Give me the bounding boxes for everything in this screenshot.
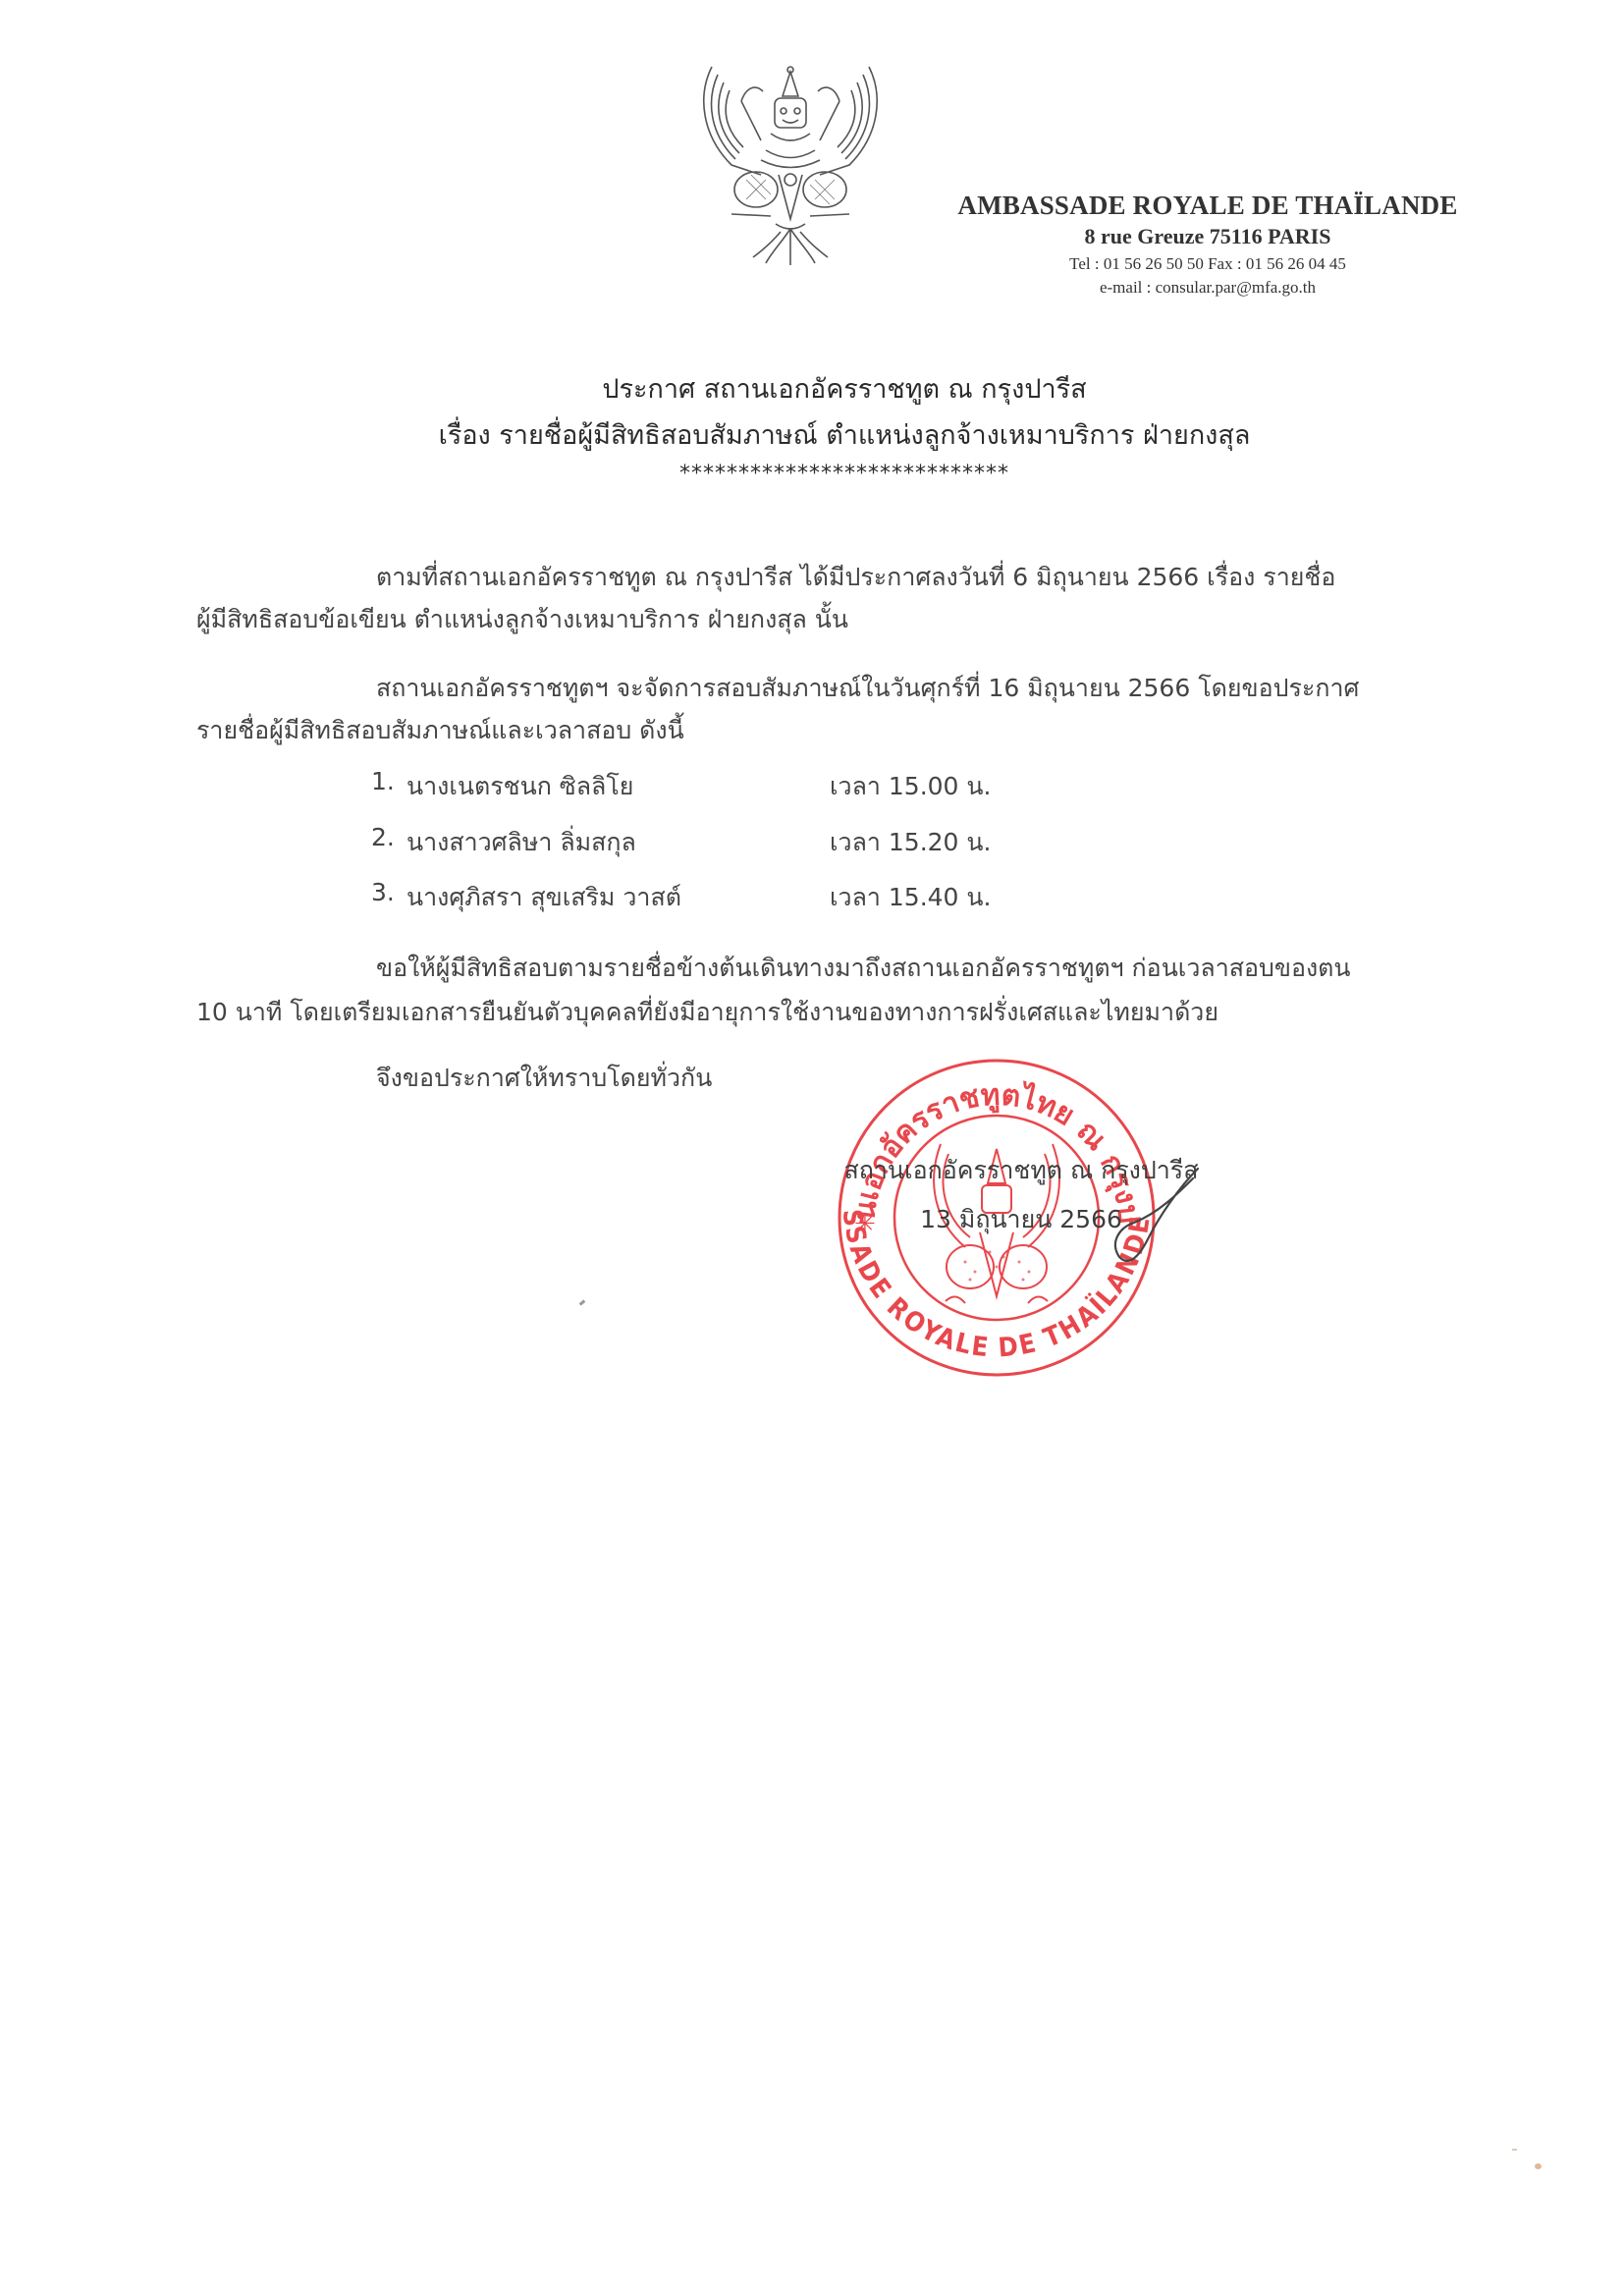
paragraph-2-line-2: รายชื่อผู้มีสิทธิสอบสัมภาษณ์และเวลาสอบ ด… bbox=[196, 711, 684, 750]
candidate-time: เวลา 15.20 น. bbox=[830, 823, 991, 862]
candidate-row: 2. นางสาวศลิษา ลิ่มสกุล เวลา 15.20 น. bbox=[371, 823, 1058, 862]
paragraph-2-line-1: สถานเอกอัครราชทูตฯ จะจัดการสอบสัมภาษณ์ใน… bbox=[376, 669, 1359, 708]
closing-statement: จึงขอประกาศให้ทราบโดยทั่วกัน bbox=[376, 1059, 712, 1098]
candidate-name: นางศุภิสรา สุขเสริม วาสต์ bbox=[406, 878, 681, 917]
paragraph-3-line-1: ขอให้ผู้มีสิทธิสอบตามรายชื่อข้างต้นเดินท… bbox=[376, 949, 1351, 988]
embassy-address: 8 rue Greuze 75116 PARIS bbox=[884, 224, 1532, 249]
paragraph-1-line-2: ผู้มีสิทธิสอบข้อเขียน ตำแหน่งลูกจ้างเหมา… bbox=[196, 600, 848, 639]
embassy-phone-fax: Tel : 01 56 26 50 50 Fax : 01 56 26 04 4… bbox=[884, 254, 1532, 274]
embassy-email: e-mail : consular.par@mfa.go.th bbox=[884, 278, 1532, 298]
paragraph-1-line-1: ตามที่สถานเอกอัครราชทูต ณ กรุงปารีส ได้ม… bbox=[376, 558, 1335, 597]
candidate-name: นางเนตรชนก ซิลลิโย bbox=[406, 767, 633, 806]
candidate-number: 2. bbox=[371, 823, 395, 851]
candidate-time: เวลา 15.40 น. bbox=[830, 878, 991, 917]
candidate-row: 3. นางศุภิสรา สุขเสริม วาสต์ เวลา 15.40 … bbox=[371, 878, 1058, 917]
candidate-number: 3. bbox=[371, 878, 395, 906]
paragraph-3-line-2: 10 นาที โดยเตรียมเอกสารยืนยันตัวบุคคลที่… bbox=[196, 993, 1218, 1032]
announcement-title: ประกาศ สถานเอกอัครราชทูต ณ กรุงปารีส bbox=[295, 367, 1394, 410]
candidate-name: นางสาวศลิษา ลิ่มสกุล bbox=[406, 823, 636, 862]
handwritten-signature-icon bbox=[1080, 1149, 1218, 1277]
scan-speck bbox=[1512, 2149, 1517, 2151]
garuda-emblem-icon bbox=[692, 57, 889, 268]
title-separator: **************************** bbox=[295, 462, 1394, 486]
candidate-time: เวลา 15.00 น. bbox=[830, 767, 991, 806]
scan-speck bbox=[579, 1299, 586, 1305]
announcement-subject: เรื่อง รายชื่อผู้มีสิทธิสอบสัมภาษณ์ ตำแห… bbox=[295, 413, 1394, 456]
scan-speck bbox=[1535, 2163, 1542, 2169]
embassy-name: AMBASSADE ROYALE DE THAÏLANDE bbox=[884, 191, 1532, 221]
candidate-number: 1. bbox=[371, 767, 395, 795]
candidate-row: 1. นางเนตรชนก ซิลลิโย เวลา 15.00 น. bbox=[371, 767, 1058, 806]
